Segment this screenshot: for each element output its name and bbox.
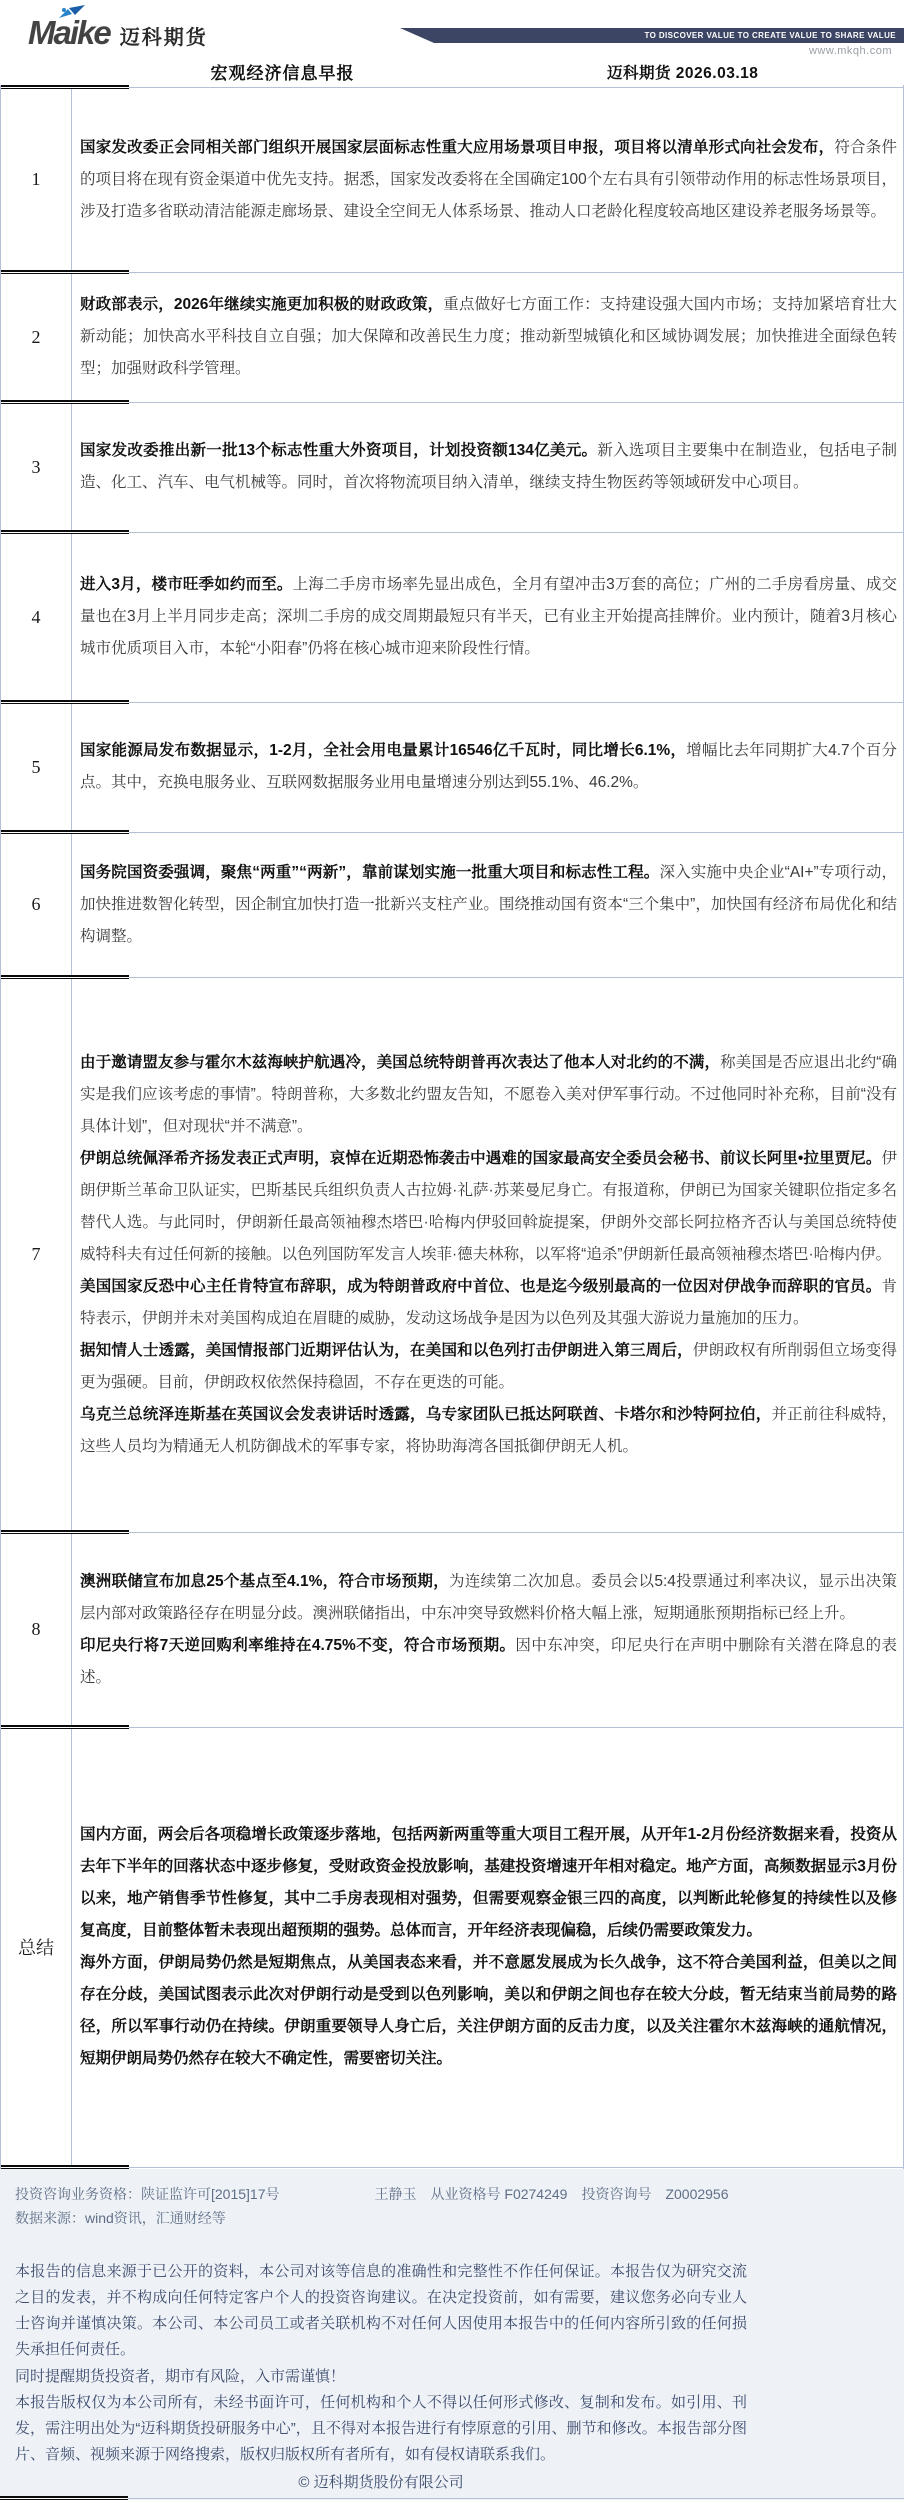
news-paragraph: 由于邀请盟友参与霍尔木兹海峡护航遇冷，美国总统特朗普再次表达了他本人对北约的不满… [80, 1047, 897, 1143]
row-divider [1, 830, 903, 834]
analyst-credentials: 王静玉 从业资格号 F0274249 投资咨询号 Z0002956 [375, 2186, 729, 2202]
maike-logo-bird-icon [58, 5, 88, 20]
report-table: 1国家发改委正会同相关部门组织开展国家层面标志性重大应用场景项目申报，项目将以清… [0, 85, 904, 2169]
paragraph-lead-bold: 财政部表示，2026年继续实施更加积极的财政政策， [80, 296, 443, 313]
maike-logo: Maike 迈科期货 [28, 16, 208, 50]
row-content: 进入3月，楼市旺季如约而至。上海二手房市场率先显出成色，全月有望冲击3万套的高位… [72, 534, 903, 700]
row-content: 国家发改委正会同相关部门组织开展国家层面标志性重大应用场景项目申报，项目将以清单… [72, 89, 903, 270]
row-divider [1, 400, 903, 404]
maike-logo-wordmark: Maike [28, 16, 110, 49]
report-page: Maike 迈科期货 TO DISCOVER VALUE TO CREATE V… [0, 0, 904, 2500]
row-content: 澳洲联储宣布加息25个基点至4.1%，符合市场预期，为连续第二次加息。委员会以5… [72, 1534, 903, 1725]
row-content: 国内方面，两会后各项稳增长政策逐步落地，包括两新两重等重大项目工程开展，从开年1… [72, 1729, 903, 2165]
paragraph-lead-bold: 美国国家反恐中心主任肯特宣布辞职，成为特朗普政府中首位、也是迄今级别最高的一位因… [80, 1278, 881, 1295]
paragraph-lead-bold: 据知情人士透露，美国情报部门近期评估认为，在美国和以色列打击伊朗进入第三周后， [80, 1342, 693, 1359]
row-number: 3 [1, 404, 72, 530]
summary-row: 总结国内方面，两会后各项稳增长政策逐步落地，包括两新两重等重大项目工程开展，从开… [1, 1729, 903, 2165]
data-source-line: 数据来源：wind资讯，汇通财经等 [15, 2207, 889, 2231]
paragraph-lead-bold: 进入3月，楼市旺季如约而至。 [80, 576, 293, 593]
paragraph-lead-bold: 澳洲联储宣布加息25个基点至4.1%，符合市场预期， [80, 1573, 449, 1590]
news-row-5: 5国家能源局发布数据显示，1-2月，全社会用电量累计16546亿千瓦时，同比增长… [1, 704, 903, 830]
disclaimer-paragraph: 本报告的信息来源于已公开的资料，本公司对该等信息的准确性和完整性不作任何保证。本… [15, 2259, 747, 2364]
footer-info: 投资咨询业务资格：陕证监许可[2015]17号王静玉 从业资格号 F027424… [0, 2169, 904, 2237]
paragraph-lead-bold: 国务院国资委强调，聚焦“两重”“两新”，靠前谋划实施一批重大项目和标志性工程。 [80, 864, 659, 881]
row-number: 2 [1, 274, 72, 400]
row-content: 财政部表示，2026年继续实施更加积极的财政政策，重点做好七方面工作：支持建设强… [72, 274, 903, 400]
brand-and-date: 迈科期货 2026.03.18 [565, 61, 758, 83]
row-content: 国家发改委推出新一批13个标志性重大外资项目，计划投资额134亿美元。新入选项目… [72, 404, 903, 530]
row-content: 国务院国资委强调，聚焦“两重”“两新”，靠前谋划实施一批重大项目和标志性工程。深… [72, 834, 903, 975]
bottom-divider [0, 2496, 904, 2500]
news-paragraph: 据知情人士透露，美国情报部门近期评估认为，在美国和以色列打击伊朗进入第三周后，伊… [80, 1335, 897, 1399]
row-number: 总结 [1, 1729, 72, 2165]
paragraph-lead-bold: 伊朗总统佩泽希齐扬发表正式声明，哀悼在近期恐怖袭击中遇难的国家最高安全委员会秘书… [80, 1150, 881, 1167]
qualification-text: 投资咨询业务资格：陕证监许可[2015]17号 [15, 2186, 280, 2202]
news-row-8: 8澳洲联储宣布加息25个基点至4.1%，符合市场预期，为连续第二次加息。委员会以… [1, 1534, 903, 1725]
row-divider [1, 1530, 903, 1534]
paragraph-lead-bold: 由于邀请盟友参与霍尔木兹海峡护航遇冷，美国总统特朗普再次表达了他本人对北约的不满… [80, 1054, 720, 1071]
news-row-6: 6国务院国资委强调，聚焦“两重”“两新”，靠前谋划实施一批重大项目和标志性工程。… [1, 834, 903, 975]
news-paragraph: 国家能源局发布数据显示，1-2月，全社会用电量累计16546亿千瓦时，同比增长6… [80, 735, 897, 799]
paragraph-lead-bold: 国内方面，两会后各项稳增长政策逐步落地，包括两新两重等重大项目工程开展，从开年1… [80, 1826, 897, 1939]
paragraph-lead-bold: 国家发改委正会同相关部门组织开展国家层面标志性重大应用场景项目申报，项目将以清单… [80, 139, 834, 156]
row-number: 1 [1, 89, 72, 270]
row-number: 8 [1, 1534, 72, 1725]
page-title: 宏观经济信息早报 [0, 59, 565, 84]
paragraph-lead-bold: 国家发改委推出新一批13个标志性重大外资项目，计划投资额134亿美元。 [80, 442, 597, 459]
row-number: 6 [1, 834, 72, 975]
news-row-7: 7由于邀请盟友参与霍尔木兹海峡护航遇冷，美国总统特朗普再次表达了他本人对北约的不… [1, 979, 903, 1530]
website-link[interactable]: www.mkqh.com [809, 45, 892, 57]
news-paragraph: 财政部表示，2026年继续实施更加积极的财政政策，重点做好七方面工作：支持建设强… [80, 289, 897, 385]
news-paragraph: 澳洲联储宣布加息25个基点至4.1%，符合市场预期，为连续第二次加息。委员会以5… [80, 1566, 897, 1630]
row-number: 4 [1, 534, 72, 700]
maike-logo-chinese: 迈科期货 [120, 21, 208, 50]
news-paragraph: 乌克兰总统泽连斯基在英国议会发表讲话时透露，乌专家团队已抵达阿联酋、卡塔尔和沙特… [80, 1399, 897, 1463]
row-divider [1, 85, 903, 89]
paragraph-lead-bold: 国家能源局发布数据显示，1-2月，全社会用电量累计16546亿千瓦时，同比增长6… [80, 742, 686, 759]
news-row-1: 1国家发改委正会同相关部门组织开展国家层面标志性重大应用场景项目申报，项目将以清… [1, 89, 903, 270]
slogan-banner: TO DISCOVER VALUE TO CREATE VALUE TO SHA… [400, 28, 904, 43]
news-paragraph: 国务院国资委强调，聚焦“两重”“两新”，靠前谋划实施一批重大项目和标志性工程。深… [80, 857, 897, 953]
disclaimer-paragraph: 同时提醒期货投资者，期市有风险，入市需谨慎！ [15, 2364, 747, 2390]
news-paragraph: 美国国家反恐中心主任肯特宣布辞职，成为特朗普政府中首位、也是迄今级别最高的一位因… [80, 1271, 897, 1335]
news-paragraph: 国家发改委正会同相关部门组织开展国家层面标志性重大应用场景项目申报，项目将以清单… [80, 132, 897, 228]
news-paragraph: 进入3月，楼市旺季如约而至。上海二手房市场率先显出成色，全月有望冲击3万套的高位… [80, 569, 897, 665]
news-paragraph: 印尼央行将7天逆回购利率维持在4.75%不变，符合市场预期。因中东冲突，印尼央行… [80, 1630, 897, 1694]
paragraph-lead-bold: 印尼央行将7天逆回购利率维持在4.75%不变，符合市场预期。 [80, 1637, 515, 1654]
disclaimer-block: 本报告的信息来源于已公开的资料，本公司对该等信息的准确性和完整性不作任何保证。本… [15, 2259, 747, 2469]
header: Maike 迈科期货 TO DISCOVER VALUE TO CREATE V… [0, 0, 904, 58]
footer: 投资咨询业务资格：陕证监许可[2015]17号王静玉 从业资格号 F027424… [0, 2169, 904, 2500]
news-paragraph: 国内方面，两会后各项稳增长政策逐步落地，包括两新两重等重大项目工程开展，从开年1… [80, 1819, 897, 1947]
disclaimer-paragraph: 本报告版权仅为本公司所有，未经书面许可，任何机构和个人不得以任何形式修改、复制和… [15, 2390, 747, 2469]
copyright-line: © 迈科期货股份有限公司 [15, 2471, 747, 2492]
paragraph-lead-bold: 海外方面，伊朗局势仍然是短期焦点，从美国表态来看，并不意愿发展成为长久战争，这不… [80, 1954, 897, 2067]
news-row-3: 3国家发改委推出新一批13个标志性重大外资项目，计划投资额134亿美元。新入选项… [1, 404, 903, 530]
row-divider [1, 530, 903, 534]
row-content: 国家能源局发布数据显示，1-2月，全社会用电量累计16546亿千瓦时，同比增长6… [72, 704, 903, 830]
row-content: 由于邀请盟友参与霍尔木兹海峡护航遇冷，美国总统特朗普再次表达了他本人对北约的不满… [72, 979, 903, 1530]
row-divider [1, 975, 903, 979]
slogan-text: TO DISCOVER VALUE TO CREATE VALUE TO SHA… [644, 31, 896, 40]
row-divider [1, 270, 903, 274]
news-paragraph: 伊朗总统佩泽希齐扬发表正式声明，哀悼在近期恐怖袭击中遇难的国家最高安全委员会秘书… [80, 1143, 897, 1271]
news-paragraph: 海外方面，伊朗局势仍然是短期焦点，从美国表态来看，并不意愿发展成为长久战争，这不… [80, 1947, 897, 2075]
paragraph-lead-bold: 乌克兰总统泽连斯基在英国议会发表讲话时透露，乌专家团队已抵达阿联酋、卡塔尔和沙特… [80, 1406, 771, 1423]
row-divider [1, 700, 903, 704]
row-number: 7 [1, 979, 72, 1530]
qualification-line: 投资咨询业务资格：陕证监许可[2015]17号王静玉 从业资格号 F027424… [15, 2183, 889, 2207]
news-row-2: 2财政部表示，2026年继续实施更加积极的财政政策，重点做好七方面工作：支持建设… [1, 274, 903, 400]
row-divider [1, 1725, 903, 1729]
row-number: 5 [1, 704, 72, 830]
news-paragraph: 国家发改委推出新一批13个标志性重大外资项目，计划投资额134亿美元。新入选项目… [80, 435, 897, 499]
news-row-4: 4进入3月，楼市旺季如约而至。上海二手房市场率先显出成色，全月有望冲击3万套的高… [1, 534, 903, 700]
title-bar: 宏观经济信息早报 迈科期货 2026.03.18 [0, 58, 904, 85]
